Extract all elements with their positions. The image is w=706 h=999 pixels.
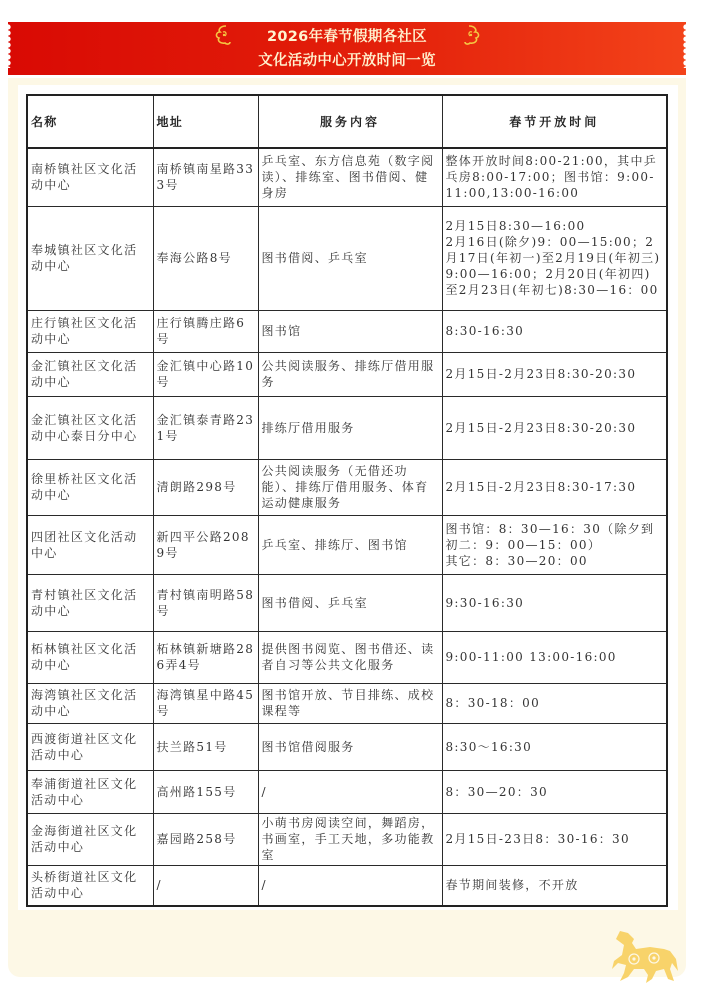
cell-services: 小萌书房阅读空间，舞蹈房，书画室，手工天地，多功能教室 [258, 813, 442, 865]
cell-address: 金汇镇泰青路231号 [153, 396, 258, 459]
header-name: 名称 [27, 95, 153, 148]
cell-hours: 图书馆：8：30—16：30（除夕到初二：9：00—15：00） 其它：8：30… [442, 515, 667, 574]
cell-name: 奉浦街道社区文化活动中心 [27, 770, 153, 813]
table-row: 金汇镇社区文化活动中心金汇镇中心路10号公共阅读服务、排练厅借用服务2月15日-… [27, 352, 667, 396]
cell-services: 乒乓室、东方信息苑（数字阅读）、排练室、图书借阅、健身房 [258, 148, 442, 206]
cell-hours: 2月15日-2月23日8:30-17:30 [442, 459, 667, 515]
cell-address: 庄行镇腾庄路6号 [153, 310, 258, 352]
cell-name: 金海街道社区文化活动中心 [27, 813, 153, 865]
cell-name: 徐里桥社区文化活动中心 [27, 459, 153, 515]
table-row: 海湾镇社区文化活动中心海湾镇星中路45号图书馆开放、节目排练、成校课程等8：30… [27, 683, 667, 723]
cell-services: 公共阅读服务（无借还功能）、排练厅借用服务、体育运动健康服务 [258, 459, 442, 515]
table-row: 金汇镇社区文化活动中心泰日分中心金汇镇泰青路231号排练厅借用服务2月15日-2… [27, 396, 667, 459]
cell-hours: 整体开放时间8:00-21:00，其中乒乓房8:00-17:00；图书馆：9:0… [442, 148, 667, 206]
cell-address: 金汇镇中心路10号 [153, 352, 258, 396]
cell-name: 海湾镇社区文化活动中心 [27, 683, 153, 723]
table-row: 四团社区文化活动中心新四平公路2089号乒乓室、排练厅、图书馆图书馆：8：30—… [27, 515, 667, 574]
cell-name: 金汇镇社区文化活动中心 [27, 352, 153, 396]
table-row: 庄行镇社区文化活动中心庄行镇腾庄路6号图书馆8:30-16:30 [27, 310, 667, 352]
cell-address: 嘉园路258号 [153, 813, 258, 865]
cell-hours: 2月15日-23日8：30-16：30 [442, 813, 667, 865]
cell-address: 海湾镇星中路45号 [153, 683, 258, 723]
table-row: 奉城镇社区文化活动中心奉海公路8号图书借阅、乒乓室 2月15日8:30—16:0… [27, 206, 667, 310]
cell-name: 庄行镇社区文化活动中心 [27, 310, 153, 352]
paper-cut-horse-icon [606, 929, 680, 985]
cell-address: 高州路155号 [153, 770, 258, 813]
cell-hours: 春节期间装修，不开放 [442, 865, 667, 906]
cell-name: 西渡街道社区文化活动中心 [27, 723, 153, 770]
cell-address: 扶兰路51号 [153, 723, 258, 770]
cell-hours: 8：30—20：30 [442, 770, 667, 813]
cell-name: 柘林镇社区文化活动中心 [27, 631, 153, 683]
cell-address: / [153, 865, 258, 906]
cell-services: 提供图书阅览、图书借还、读者自习等公共文化服务 [258, 631, 442, 683]
banner-title-line1: 2026年春节假期各社区 [8, 27, 686, 47]
cell-services: 图书馆 [258, 310, 442, 352]
cell-services: 图书馆借阅服务 [258, 723, 442, 770]
cell-name: 青村镇社区文化活动中心 [27, 574, 153, 631]
cell-address: 新四平公路2089号 [153, 515, 258, 574]
auspicious-cloud-icon [461, 24, 483, 46]
cell-services: 乒乓室、排练厅、图书馆 [258, 515, 442, 574]
table-row: 奉浦街道社区文化活动中心高州路155号/8：30—20：30 [27, 770, 667, 813]
cell-services: 公共阅读服务、排练厅借用服务 [258, 352, 442, 396]
title-banner: 2026年春节假期各社区 文化活动中心开放时间一览 [8, 22, 686, 75]
table-row: 西渡街道社区文化活动中心扶兰路51号图书馆借阅服务8:30～16:30 [27, 723, 667, 770]
cell-name: 四团社区文化活动中心 [27, 515, 153, 574]
table-row: 青村镇社区文化活动中心青村镇南明路58号图书借阅、乒乓室9:30-16:30 [27, 574, 667, 631]
cell-services: / [258, 770, 442, 813]
cell-services: / [258, 865, 442, 906]
cell-address: 清朗路298号 [153, 459, 258, 515]
cell-address: 青村镇南明路58号 [153, 574, 258, 631]
cell-services: 图书借阅、乒乓室 [258, 206, 442, 310]
cell-name: 南桥镇社区文化活动中心 [27, 148, 153, 206]
table-row: 柘林镇社区文化活动中心柘林镇新塘路286弄4号提供图书阅览、图书借还、读者自习等… [27, 631, 667, 683]
cell-hours: 8：30-18：00 [442, 683, 667, 723]
cell-name: 奉城镇社区文化活动中心 [27, 206, 153, 310]
cell-address: 南桥镇南星路333号 [153, 148, 258, 206]
table-row: 头桥街道社区文化活动中心//春节期间装修，不开放 [27, 865, 667, 906]
table-row: 金海街道社区文化活动中心嘉园路258号小萌书房阅读空间，舞蹈房，书画室，手工天地… [27, 813, 667, 865]
banner-title-line2: 文化活动中心开放时间一览 [8, 51, 686, 71]
table-row: 南桥镇社区文化活动中心南桥镇南星路333号乒乓室、东方信息苑（数字阅读）、排练室… [27, 148, 667, 206]
cell-hours: 8:30-16:30 [442, 310, 667, 352]
cell-hours: 2月15日-2月23日8:30-20:30 [442, 396, 667, 459]
cell-address: 奉海公路8号 [153, 206, 258, 310]
cell-hours: 2月15日8:30—16:00 2月16日(除夕)9：00—15:00；2月17… [442, 206, 667, 310]
table-row: 徐里桥社区文化活动中心清朗路298号公共阅读服务（无借还功能）、排练厅借用服务、… [27, 459, 667, 515]
opening-hours-table: 名称 地址 服务内容 春节开放时间 南桥镇社区文化活动中心南桥镇南星路333号乒… [26, 94, 668, 907]
table-header-row: 名称 地址 服务内容 春节开放时间 [27, 95, 667, 148]
cell-hours: 9:30-16:30 [442, 574, 667, 631]
cell-hours: 9:00-11:00 13:00-16:00 [442, 631, 667, 683]
header-services: 服务内容 [258, 95, 442, 148]
cell-name: 金汇镇社区文化活动中心泰日分中心 [27, 396, 153, 459]
cell-services: 排练厅借用服务 [258, 396, 442, 459]
cell-name: 头桥街道社区文化活动中心 [27, 865, 153, 906]
header-address: 地址 [153, 95, 258, 148]
cell-address: 柘林镇新塘路286弄4号 [153, 631, 258, 683]
header-hours: 春节开放时间 [442, 95, 667, 148]
cell-hours: 2月15日-2月23日8:30-20:30 [442, 352, 667, 396]
cell-services: 图书借阅、乒乓室 [258, 574, 442, 631]
cell-services: 图书馆开放、节目排练、成校课程等 [258, 683, 442, 723]
cell-hours: 8:30～16:30 [442, 723, 667, 770]
